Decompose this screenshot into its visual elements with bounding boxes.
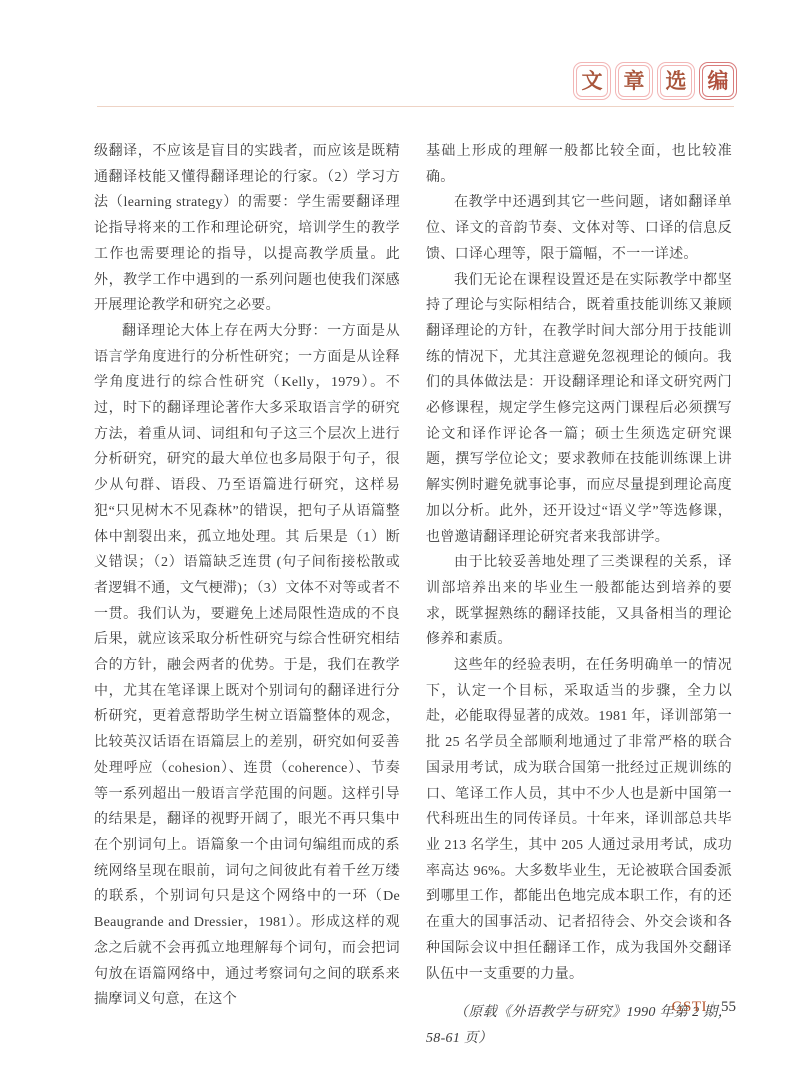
- paragraph: 翻译理论大体上存在两大分野：一方面是从语言学角度进行的分析性研究；一方面是从诠释…: [94, 319, 400, 1013]
- header-title-box-3: 选: [660, 65, 692, 97]
- paragraph: 这些年的经验表明，在任务明确单一的情况下，认定一个目标，采取适当的步骤，全力以赴…: [426, 653, 732, 987]
- header-title-char-3: 选: [666, 71, 687, 92]
- header: 文 章 选 编: [0, 65, 734, 97]
- header-title-box-1: 文: [576, 65, 608, 97]
- paragraph: 由于比较妥善地处理了三类课程的关系，译训部培养出来的毕业生一般都能达到培养的要求…: [426, 550, 732, 653]
- paragraph: 基础上形成的理解一般都比较全面，也比较准确。: [426, 139, 732, 190]
- right-column: 基础上形成的理解一般都比较全面，也比较准确。在教学中还遇到其它一些问题，诸如翻译…: [426, 139, 732, 1052]
- header-title-box-4: 编: [702, 65, 734, 97]
- footer-divider: [713, 1001, 714, 1015]
- paragraph: 级翻译，不应该是盲目的实践者，而应该是既精通翻译枝能又懂得翻译理论的行家。（2）…: [94, 139, 400, 319]
- header-title-box-2: 章: [618, 65, 650, 97]
- journal-brand: GSTI: [672, 999, 707, 1016]
- header-title-char-2: 章: [624, 71, 645, 92]
- paragraph: 我们无论在课程设置还是在实际教学中都坚持了理论与实际相结合，既着重技能训练又兼顾…: [426, 268, 732, 551]
- page-number: 55: [721, 999, 736, 1016]
- page: 文 章 选 编 级翻译，不应该是盲目的实践者，而应该是既精通翻译枝能又懂得翻译理…: [0, 0, 794, 1078]
- footer: GSTI 55: [672, 999, 736, 1016]
- article-body: 级翻译，不应该是盲目的实践者，而应该是既精通翻译枝能又懂得翻译理论的行家。（2）…: [94, 139, 732, 1052]
- header-title-char-4: 编: [708, 71, 729, 92]
- header-divider: [97, 106, 734, 107]
- left-column: 级翻译，不应该是盲目的实践者，而应该是既精通翻译枝能又懂得翻译理论的行家。（2）…: [94, 139, 400, 1052]
- header-title-char-1: 文: [582, 71, 603, 92]
- paragraph: 在教学中还遇到其它一些问题，诸如翻译单位、译文的音韵节奏、文体对等、口译的信息反…: [426, 190, 732, 267]
